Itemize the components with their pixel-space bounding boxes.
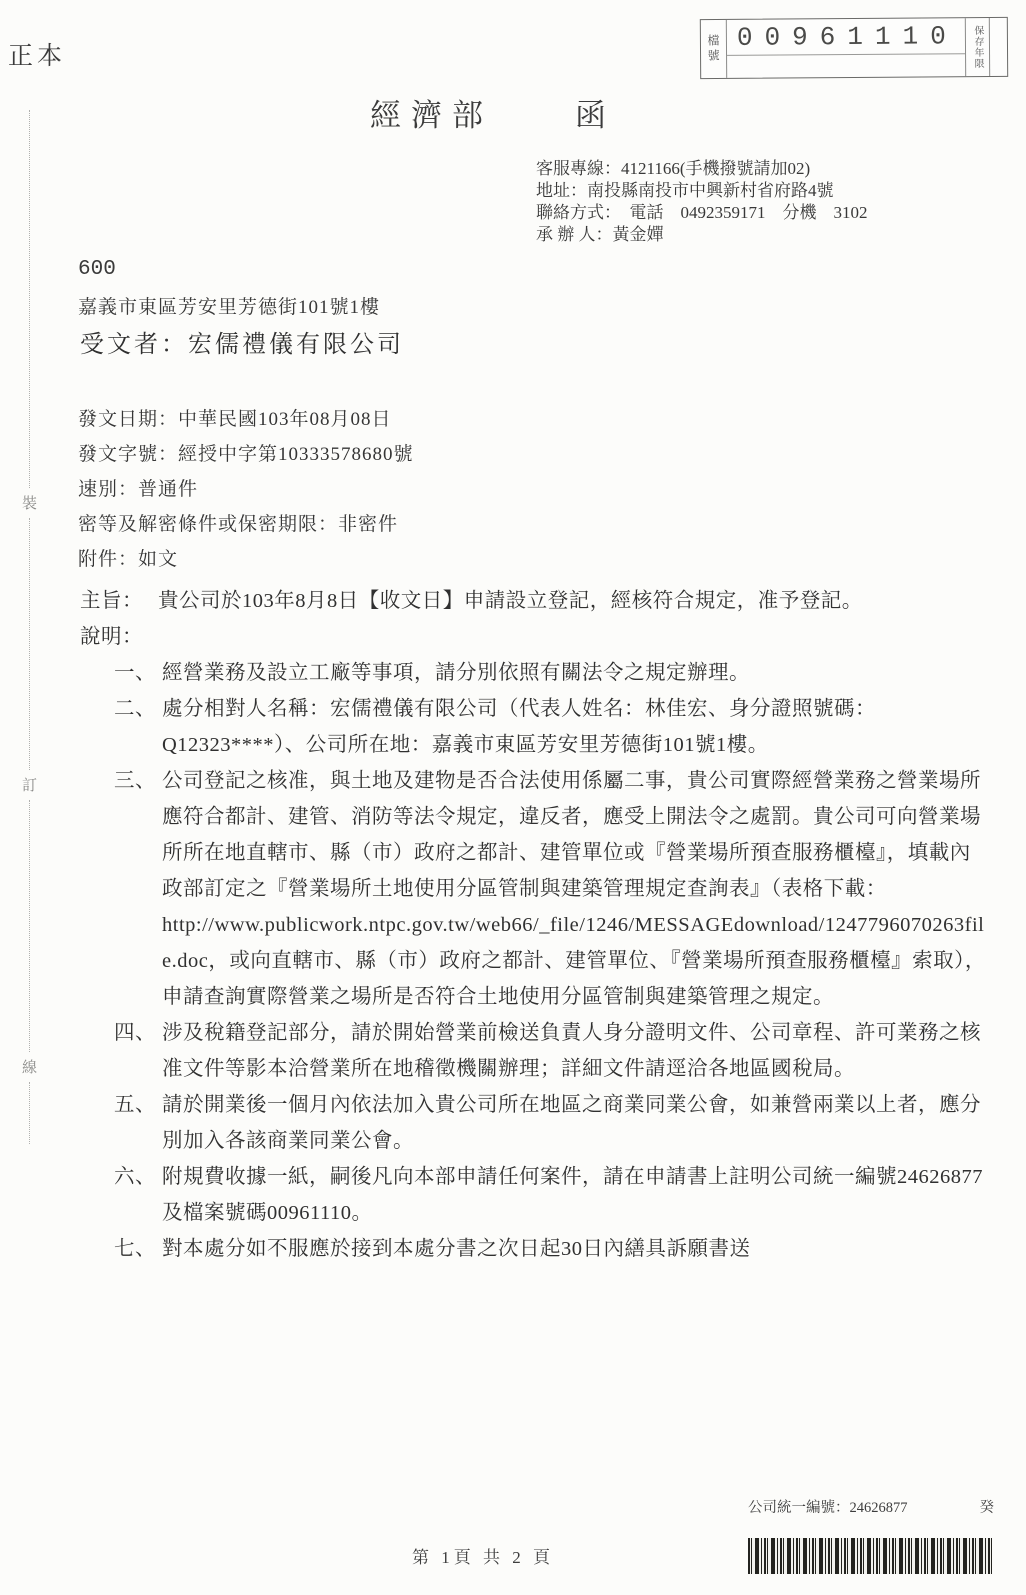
file-number-box: 檔號 00961110 保存年限 [700,17,1008,79]
contact-service-line: 客服專線：4121166(手機撥號請加02) [536,158,868,180]
binding-dotted-line [29,110,30,488]
issue-number-line: 發文字號：經授中字第10333578680號 [78,437,414,472]
agency-contact-block: 客服專線：4121166(手機撥號請加02) 地址：南投縣南投市中興新村省府路4… [536,158,868,246]
item-number: 六、 [114,1159,156,1195]
binding-mark-zhuang: 裝 [22,492,37,513]
subject-text: 貴公司於103年8月8日【收文日】申請設立登記，經核符合規定，准予登記。 [158,590,863,612]
retention-label: 保存年限 [970,25,985,69]
binding-dotted-line [29,518,30,770]
item-text: 涉及稅籍登記部分，請於開始營業前檢送負責人身分證明文件、公司章程、許可業務之核准… [162,1022,981,1080]
retention-label-cell: 保存年限 [965,18,989,76]
item-text: 附規費收據一紙，嗣後凡向本部申請任何案件，請在申請書上註明公司統一編號24626… [162,1166,983,1224]
binding-dotted-line [29,800,30,1052]
speed-class-line: 速別：普通件 [78,472,414,507]
file-no-middle-cell: 00961110 [727,18,965,78]
explanation-item-4: 四、 涉及稅籍登記部分，請於開始營業前檢送負責人身分證明文件、公司章程、許可業務… [80,1015,986,1087]
recipient-postal-code: 600 [78,258,116,281]
attachment-line: 附件：如文 [78,542,414,577]
binding-mark-xian: 線 [22,1056,37,1077]
recipient-name-line: 受文者：宏儒禮儀有限公司 [80,324,404,359]
file-no-label: 檔號 [705,34,722,64]
file-no-value: 00961110 [727,18,965,56]
subject-label: 主旨： [80,583,143,619]
letter-body: 主旨： 貴公司於103年8月8日【收文日】申請設立登記，經核符合規定，准予登記。… [80,583,986,1267]
item-text: 公司登記之核准，與土地及建物是否合法使用係屬二事，貴公司實際經營業務之營業場所應… [162,770,986,1008]
contact-address: 地址：南投縣南投市中興新村省府路4號 [536,180,868,202]
item-number: 七、 [114,1231,156,1267]
recipient-address: 嘉義市東區芳安里芳德街101號1樓 [78,292,380,319]
document-title: 經濟部 函 [0,90,1026,135]
contact-person: 承 辦 人：黃金嬋 [536,224,868,246]
item-number: 二、 [114,691,156,727]
explanation-item-5: 五、 請於開業後一個月內依法加入貴公司所在地區之商業同業公會，如兼營兩業以上者，… [80,1087,986,1159]
scanned-official-letter-page: 正本 檔號 00961110 保存年限 經濟部 函 客服專線：4121166(手… [0,0,1026,1595]
item-number: 一、 [114,655,156,691]
item-text: 處分相對人名稱：宏儒禮儀有限公司（代表人姓名：林佳宏、身分證照號碼：Q12323… [162,698,876,756]
file-no-empty-row [727,54,965,78]
copy-type-label: 正本 [8,36,66,72]
footer-company-id: 公司統一編號：24626877 癸 [748,1496,994,1517]
item-number: 五、 [114,1087,156,1123]
contact-phone: 聯絡方式： 電話 0492359171 分機 3102 [536,202,868,224]
file-no-label-cell: 檔號 [701,20,727,78]
item-text: 請於開業後一個月內依法加入貴公司所在地區之商業同業公會，如兼營兩業以上者，應分別… [162,1094,981,1152]
item-number: 四、 [114,1015,156,1051]
explanation-item-7: 七、 對本處分如不服應於接到本處分書之次日起30日內繕具訴願書送 [80,1231,986,1267]
subject-paragraph: 主旨： 貴公司於103年8月8日【收文日】申請設立登記，經核符合規定，准予登記。 [80,583,986,619]
binding-mark-ding: 訂 [22,774,37,795]
explanation-item-1: 一、 經營業務及設立工廠等事項，請分別依照有關法令之規定辦理。 [80,655,986,691]
explanation-label: 說明： [80,619,986,655]
footer-stamp-char: 癸 [980,1496,995,1517]
security-class-line: 密等及解密條件或保密期限：非密件 [78,507,414,542]
company-unified-number: 公司統一編號：24626877 [748,1496,908,1517]
item-text: 經營業務及設立工廠等事項，請分別依照有關法令之規定辦理。 [162,662,750,684]
explanation-item-3: 三、 公司登記之核准，與土地及建物是否合法使用係屬二事，貴公司實際經營業務之營業… [80,763,986,1015]
explanation-item-6: 六、 附規費收據一紙，嗣後凡向本部申請任何案件，請在申請書上註明公司統一編號24… [80,1159,986,1231]
retention-empty-cell [989,18,1007,76]
issue-date-line: 發文日期：中華民國103年08月08日 [78,402,414,437]
binding-dotted-line [29,1082,30,1144]
explanation-item-2: 二、 處分相對人名稱：宏儒禮儀有限公司（代表人姓名：林佳宏、身分證照號碼：Q12… [80,691,986,763]
document-info-block: 發文日期：中華民國103年08月08日 發文字號：經授中字第1033357868… [78,402,414,577]
page-indicator: 第 1頁 共 2 頁 [0,1543,1026,1568]
item-number: 三、 [114,763,156,799]
item-text: 對本處分如不服應於接到本處分書之次日起30日內繕具訴願書送 [162,1238,751,1260]
